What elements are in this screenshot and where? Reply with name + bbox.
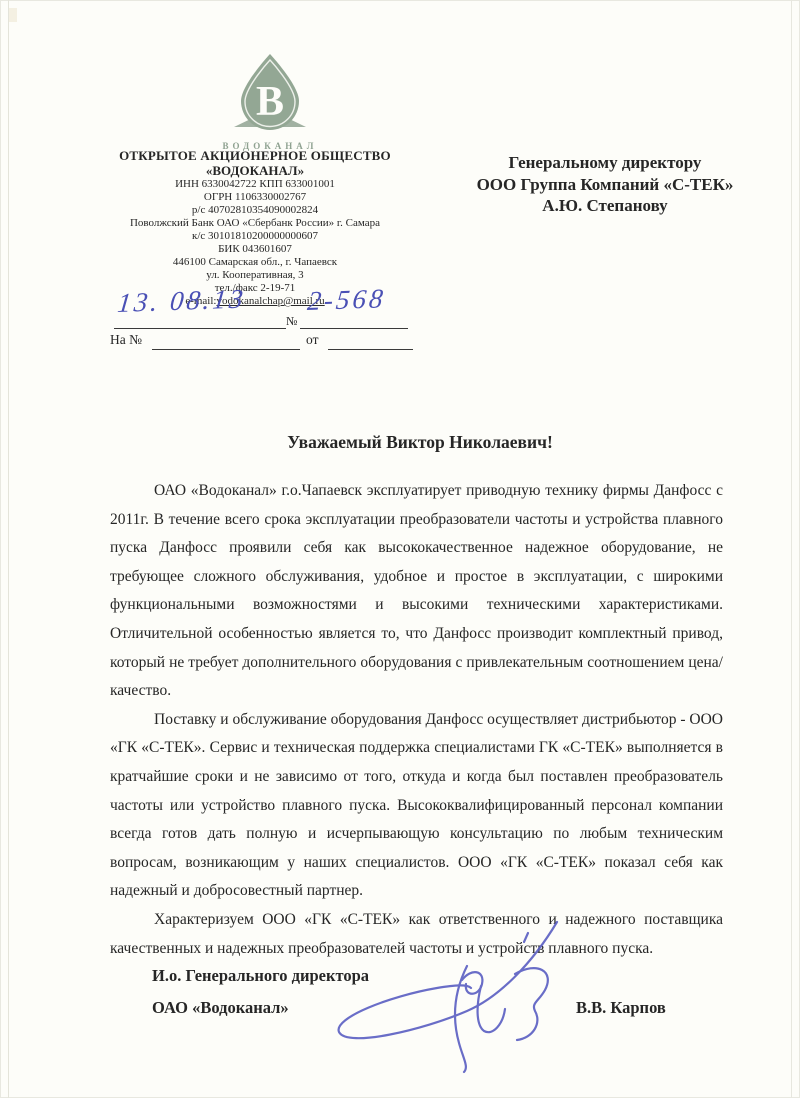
company-logo: В ВОДОКАНАЛ — [170, 52, 370, 151]
letterhead-address1: 446100 Самарская обл., г. Чапаевск — [100, 256, 410, 269]
scan-edge-artifact — [791, 0, 792, 1098]
org-name-line1: ОТКРЫТОЕ АКЦИОНЕРНОЕ ОБЩЕСТВО — [100, 148, 410, 163]
number-sign-label: № — [286, 314, 297, 329]
letterhead-inn-kpp: ИНН 6330042722 КПП 633001001 — [100, 178, 410, 191]
reply-date-underline — [328, 349, 413, 350]
reply-to-number-label: На № — [110, 332, 142, 348]
addressee-block: Генеральному директору ООО Группа Компан… — [440, 152, 770, 217]
addressee-company: ООО Группа Компаний «С-ТЕК» — [440, 174, 770, 196]
date-underline — [114, 328, 286, 329]
scan-edge-artifact — [8, 0, 9, 1098]
reply-number-underline — [152, 349, 300, 350]
letterhead-account: р/с 40702810354090002824 — [100, 204, 410, 217]
scan-corner-artifact — [9, 8, 17, 22]
letterhead-address2: ул. Кооперативная, 3 — [100, 269, 410, 282]
scanned-letter-page: В ВОДОКАНАЛ ОТКРЫТОЕ АКЦИОНЕРНОЕ ОБЩЕСТВ… — [0, 0, 800, 1098]
org-name-line2: «ВОДОКАНАЛ» — [100, 163, 410, 178]
addressee-position: Генеральному директору — [440, 152, 770, 174]
letter-body: ОАО «Водоканал» г.о.Чапаевск эксплуатиру… — [110, 477, 723, 963]
letterhead-bik: БИК 043601607 — [100, 243, 410, 256]
letterhead-bank: Поволжский Банк ОАО «Сбербанк России» г.… — [100, 217, 410, 230]
handwritten-outgoing-number: 2-568 — [306, 283, 387, 317]
letterhead-corr-account: к/с 30101810200000000607 — [100, 230, 410, 243]
handwritten-date: 13. 08.13 — [116, 283, 247, 319]
water-drop-logo-icon: В — [212, 52, 328, 134]
handwritten-signature — [295, 912, 595, 1082]
number-underline — [300, 328, 408, 329]
body-paragraph-1: ОАО «Водоканал» г.о.Чапаевск эксплуатиру… — [110, 477, 723, 706]
signatory-name: В.В. Карпов — [576, 998, 666, 1018]
logo-letter: В — [256, 79, 284, 125]
from-date-label: от — [306, 332, 318, 348]
letterhead-ogrn: ОГРН 1106330002767 — [100, 191, 410, 204]
salutation: Уважаемый Виктор Николаевич! — [110, 432, 730, 453]
reference-block: 13. 08.13 № 2-568 На № от — [108, 290, 418, 360]
body-paragraph-2: Поставку и обслуживание оборудования Дан… — [110, 706, 723, 906]
addressee-name: А.Ю. Степанову — [440, 195, 770, 217]
